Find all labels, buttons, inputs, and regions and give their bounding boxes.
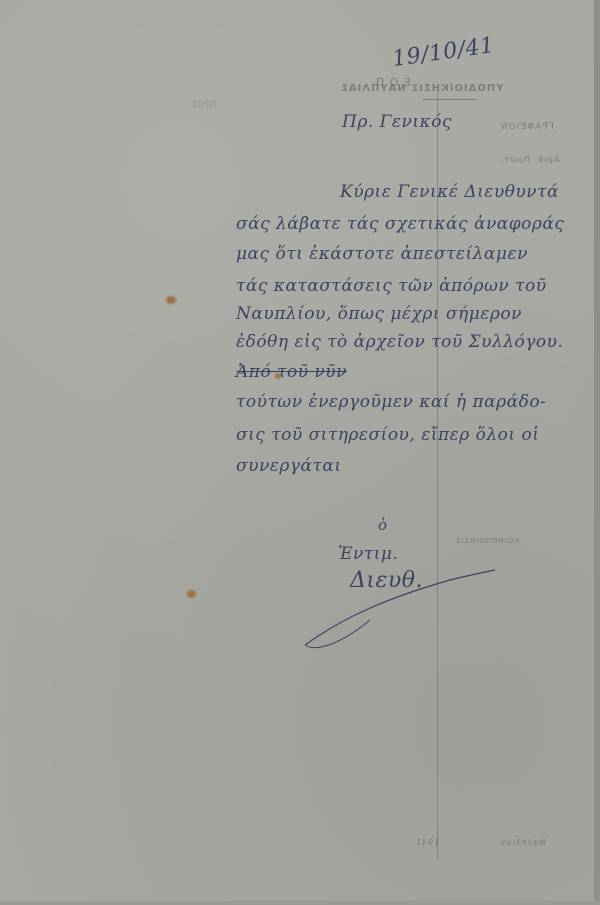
signature-flourish bbox=[300, 560, 500, 660]
body-line: ἐδόθη εἰς τὸ ἀρχεῖον τοῦ Συλλόγου. bbox=[236, 332, 563, 352]
letterhead-reference: Αριθ. Πρωτ. bbox=[500, 155, 559, 164]
body-line: συνεργάται bbox=[236, 456, 342, 476]
letter-page: Ε Ο Π ΥΠΟΔΙΟΙΚΗΣΙΣ ΝΑΥΠΛΙΑΣ ΓΡΑΦΕΙΟΝ Αρι… bbox=[0, 0, 600, 905]
handwritten-date: 19/10/41 bbox=[391, 33, 496, 72]
letterhead-footer-year: 1941 bbox=[415, 838, 439, 847]
body-line-struck: Ἀπό τοῦ νῦν bbox=[236, 362, 347, 382]
body-line: σις τοῦ σιτηρεσίου, εἴπερ ὅλοι οἱ bbox=[236, 425, 539, 445]
body-line: τούτων ἐνεργοῦμεν καί ἡ παράδο- bbox=[236, 392, 546, 412]
closing-mark: ὁ bbox=[378, 516, 388, 534]
letterhead-rule bbox=[423, 99, 477, 100]
struck-text: Ἀπό τοῦ νῦν bbox=[236, 362, 347, 382]
paper-edge-bottom bbox=[0, 901, 600, 905]
body-line: τάς καταστάσεις τῶν ἀπόρων τοῦ bbox=[236, 276, 547, 296]
letterhead-footer-place: Ναύπλιον bbox=[500, 838, 546, 847]
stain bbox=[166, 296, 176, 304]
letterhead-faint-middle: ΚΟΙΝΟΠΟΙΗΣΙΣ bbox=[455, 537, 519, 545]
letterhead-faint-left: ΠΡΟΣ bbox=[190, 100, 216, 109]
recipient: Πρ. Γενικός bbox=[342, 112, 452, 132]
body-line: Ναυπλίου, ὅπως μέχρι σήμερον bbox=[236, 304, 522, 324]
letterhead-department: ΓΡΑΦΕΙΟΝ bbox=[500, 122, 554, 132]
paper-edge bbox=[594, 0, 600, 905]
body-line: μας ὅτι ἐκάστοτε ἀπεστείλαμεν bbox=[236, 244, 528, 264]
stain bbox=[187, 590, 196, 598]
stain bbox=[275, 373, 281, 379]
body-line: σάς λάβατε τάς σχετικάς ἀναφοράς bbox=[236, 214, 564, 234]
pencil-margin-line bbox=[437, 90, 438, 860]
letterhead-subtitle: ΥΠΟΔΙΟΙΚΗΣΙΣ ΝΑΥΠΛΙΑΣ bbox=[340, 83, 504, 94]
salutation: Κύριε Γενικέ Διευθυντά bbox=[340, 182, 559, 202]
